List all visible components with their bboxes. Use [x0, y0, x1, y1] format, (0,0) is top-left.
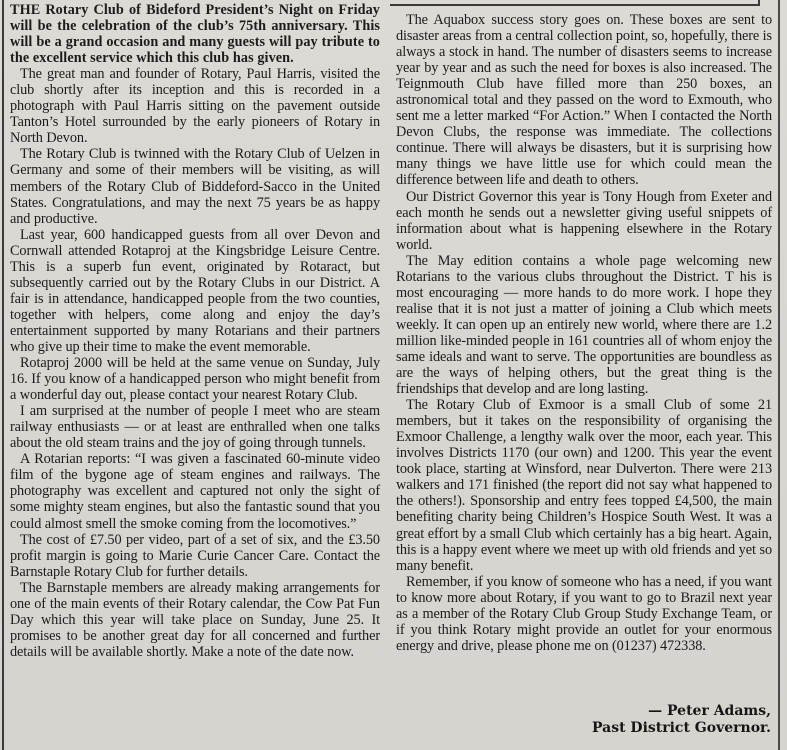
article-paragraph: The Barnstaple members are already makin…	[10, 580, 380, 660]
article-paragraph: The May edition contains a whole page we…	[396, 253, 772, 397]
article-paragraph: The Rotary Club is twinned with the Rota…	[10, 146, 380, 226]
left-column-rule	[2, 0, 4, 750]
article-paragraph: A Rotarian reports: “I was given a fasci…	[10, 451, 380, 531]
article-paragraph: Last year, 600 handicapped guests from a…	[10, 227, 380, 355]
article-lead-paragraph: THE Rotary Club of Bideford President’s …	[10, 2, 380, 66]
author-name: — Peter Adams,	[592, 703, 771, 720]
article-paragraph: The great man and founder of Rotary, Pau…	[10, 66, 380, 146]
article-paragraph: Rotaproj 2000 will be held at the same v…	[10, 355, 380, 403]
right-column-rule	[778, 0, 780, 750]
newspaper-clipping: THE Rotary Club of Bideford President’s …	[0, 0, 787, 750]
article-paragraph: I am surprised at the number of people I…	[10, 403, 380, 451]
author-title: Past District Governor.	[592, 720, 771, 737]
adjacent-box-frame	[390, 0, 760, 6]
article-left-column: THE Rotary Club of Bideford President’s …	[10, 2, 380, 660]
article-paragraph: Remember, if you know of someone who has…	[396, 574, 772, 654]
article-paragraph: The Aquabox success story goes on. These…	[396, 12, 772, 189]
article-paragraph: The cost of £7.50 per video, part of a s…	[10, 532, 380, 580]
author-byline: — Peter Adams, Past District Governor.	[592, 703, 771, 737]
article-right-column: The Aquabox success story goes on. These…	[396, 12, 772, 654]
article-paragraph: Our District Governor this year is Tony …	[396, 189, 772, 253]
article-paragraph: The Rotary Club of Exmoor is a small Clu…	[396, 397, 772, 574]
